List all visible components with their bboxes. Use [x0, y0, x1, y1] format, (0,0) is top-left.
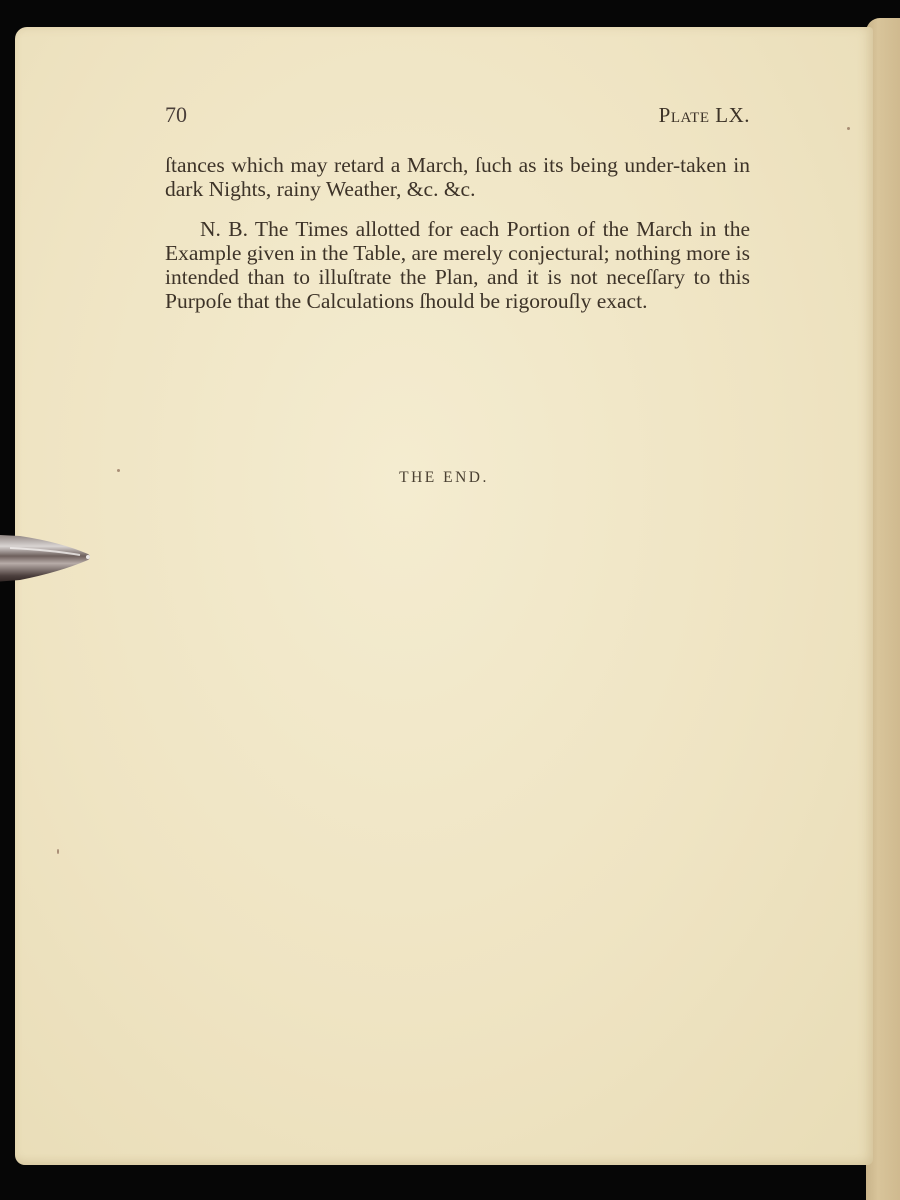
pen-tip-pointer	[0, 528, 94, 586]
plate-title: Plate LX.	[659, 103, 750, 128]
page-number: 70	[165, 102, 187, 128]
book-page: 70 Plate LX. ſtances which may retard a …	[15, 27, 873, 1165]
photo-stage: 70 Plate LX. ſtances which may retard a …	[0, 0, 900, 1200]
paragraph-continuation: ſtances which may retard a March, ſuch a…	[165, 153, 750, 201]
paragraph-nota-bene: N. B. The Times allotted for each Portio…	[165, 217, 750, 313]
paper-speck	[57, 849, 59, 854]
paper-speck	[847, 127, 850, 130]
running-head: 70 Plate LX.	[165, 102, 750, 138]
the-end-colophon: THE END.	[15, 469, 873, 487]
paper-speck	[117, 469, 120, 472]
page-text-block: 70 Plate LX. ſtances which may retard a …	[165, 102, 750, 313]
